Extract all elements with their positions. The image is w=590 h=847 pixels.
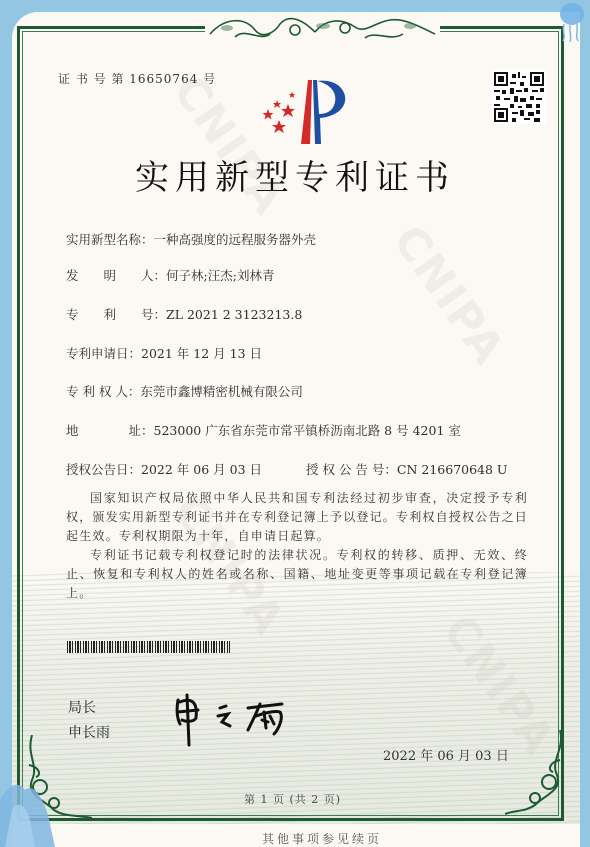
- page-indicator: 第 1 页 (共 2 页): [244, 791, 341, 807]
- field-label: 发 明 人：: [66, 266, 166, 284]
- director-name: 申长雨: [68, 722, 110, 742]
- field-label: 专 利 权 人：: [66, 382, 140, 400]
- field-address: 地 址：523000 广东省东莞市常平镇桥沥南北路 8 号 4201 室: [66, 421, 461, 439]
- top-ornament-icon: [205, 12, 440, 46]
- qr-code[interactable]: [492, 70, 546, 124]
- mountain-decoration-icon: [0, 775, 55, 847]
- certificate-title: 实用新型专利证书: [0, 150, 590, 199]
- field-utility-model-name: 实用新型名称：一种高强度的远程服务器外壳: [66, 230, 316, 248]
- barcode: [67, 641, 230, 653]
- field-grant-date: 授权公告日：2022 年 06 月 03 日: [66, 460, 262, 478]
- field-application-date: 专利申请日：2021 年 12 月 13 日: [66, 344, 262, 362]
- qr-code-icon: [494, 72, 544, 122]
- cnipa-logo-icon: [255, 72, 350, 147]
- field-value: 523000 广东省东莞市常平镇桥沥南北路 8 号 4201 室: [154, 423, 461, 438]
- field-value: 东莞市鑫博精密机械有限公司: [140, 384, 303, 399]
- issue-date: 2022 年 06 月 03 日: [383, 745, 509, 764]
- field-patentee: 专 利 权 人：东莞市鑫博精密机械有限公司: [66, 382, 303, 400]
- field-value: 2022 年 06 月 03 日: [141, 462, 262, 477]
- certificate-statement: 国家知识产权局依照中华人民共和国专利法经过初步审查，决定授予专利权，颁发实用新型…: [66, 489, 528, 603]
- corner-ornament-bottom-right-icon: [505, 730, 565, 820]
- field-value: ZL 2021 2 3123213.8: [166, 307, 302, 322]
- director-title: 局长: [68, 697, 96, 717]
- signature-icon: [170, 690, 310, 750]
- field-label: 地 址：: [66, 421, 154, 439]
- statement-paragraph-2: 专利证书记载专利权登记时的法律状况。专利权的转移、质押、无效、终止、恢复和专利权…: [66, 546, 528, 603]
- bottom-note: 其他事项参见续页: [262, 830, 382, 847]
- field-announcement-number: 授 权 公 告 号：CN 216670648 U: [306, 460, 507, 478]
- field-label: 授 权 公 告 号：: [306, 460, 397, 478]
- field-patent-number: 专 利 号：ZL 2021 2 3123213.8: [66, 305, 302, 323]
- certificate-number: 证 书 号 第 16650764 号: [58, 70, 216, 87]
- statement-paragraph-1: 国家知识产权局依照中华人民共和国专利法经过初步审查，决定授予专利权，颁发实用新型…: [66, 489, 528, 546]
- jellyfish-decoration-icon: [550, 0, 590, 42]
- field-value: 一种高强度的远程服务器外壳: [154, 232, 317, 247]
- field-label: 专 利 号：: [66, 305, 166, 323]
- field-label: 专利申请日：: [66, 344, 141, 362]
- field-inventors: 发 明 人：何子林;汪杰;刘林青: [66, 266, 274, 284]
- field-value: CN 216670648 U: [397, 462, 508, 477]
- field-value: 2021 年 12 月 13 日: [141, 346, 262, 361]
- field-value: 何子林;汪杰;刘林青: [166, 268, 274, 283]
- field-label: 实用新型名称：: [66, 230, 154, 248]
- field-label: 授权公告日：: [66, 460, 141, 478]
